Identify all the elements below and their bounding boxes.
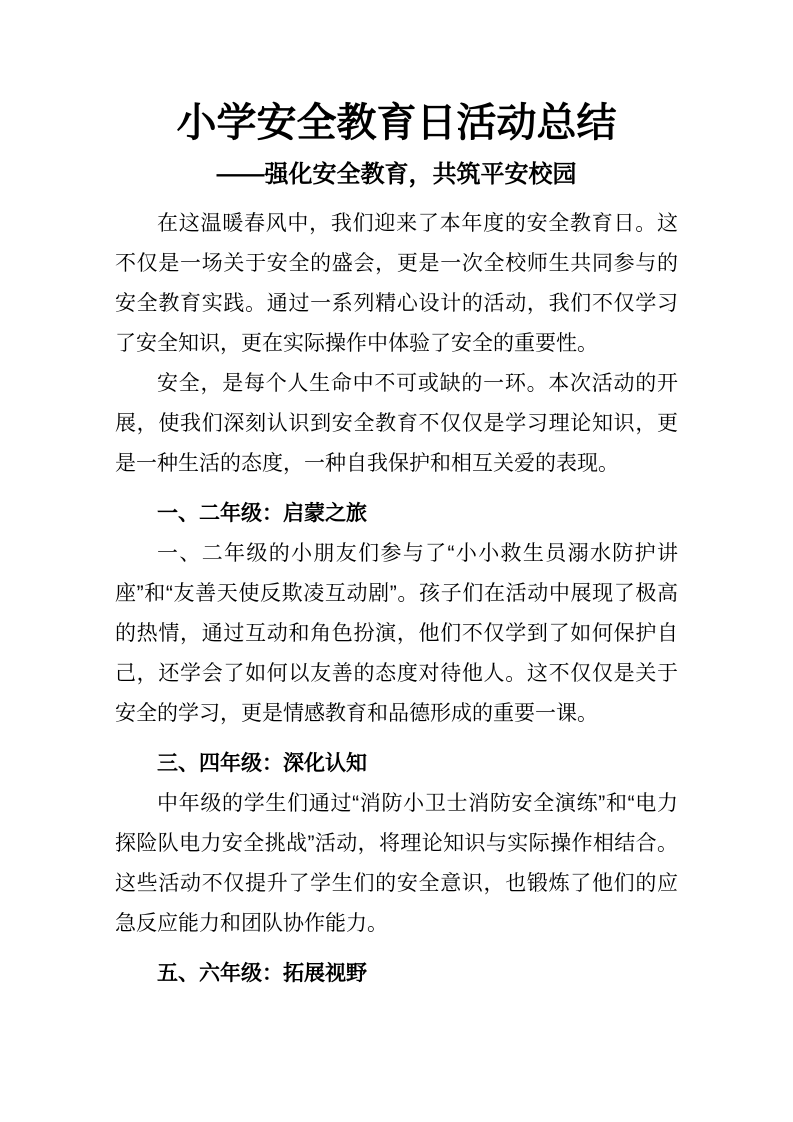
section-heading: 五、六年级：拓展视野 — [115, 954, 678, 994]
body-paragraph: 安全，是每个人生命中不可或缺的一环。本次活动的开展，使我们深刻认识到安全教育不仅… — [115, 364, 678, 484]
body-paragraph: 一、二年级的小朋友们参与了“小小救生员溺水防护讲座”和“友善天使反欺凌互动剧”。… — [115, 534, 678, 734]
document-title: 小学安全教育日活动总结 — [115, 98, 678, 148]
section-heading: 一、二年级：启蒙之旅 — [115, 494, 678, 534]
body-paragraph: 在这温暖春风中，我们迎来了本年度的安全教育日。这不仅是一场关于安全的盛会，更是一… — [115, 204, 678, 364]
body-paragraph: 中年级的学生们通过“消防小卫士消防安全演练”和“电力探险队电力安全挑战”活动，将… — [115, 784, 678, 944]
document-page: 小学安全教育日活动总结 ——强化安全教育，共筑平安校园 在这温暖春风中，我们迎来… — [0, 0, 793, 1122]
document-subtitle: ——强化安全教育，共筑平安校园 — [115, 158, 678, 192]
document-body: 在这温暖春风中，我们迎来了本年度的安全教育日。这不仅是一场关于安全的盛会，更是一… — [115, 204, 678, 994]
section-heading: 三、四年级：深化认知 — [115, 744, 678, 784]
